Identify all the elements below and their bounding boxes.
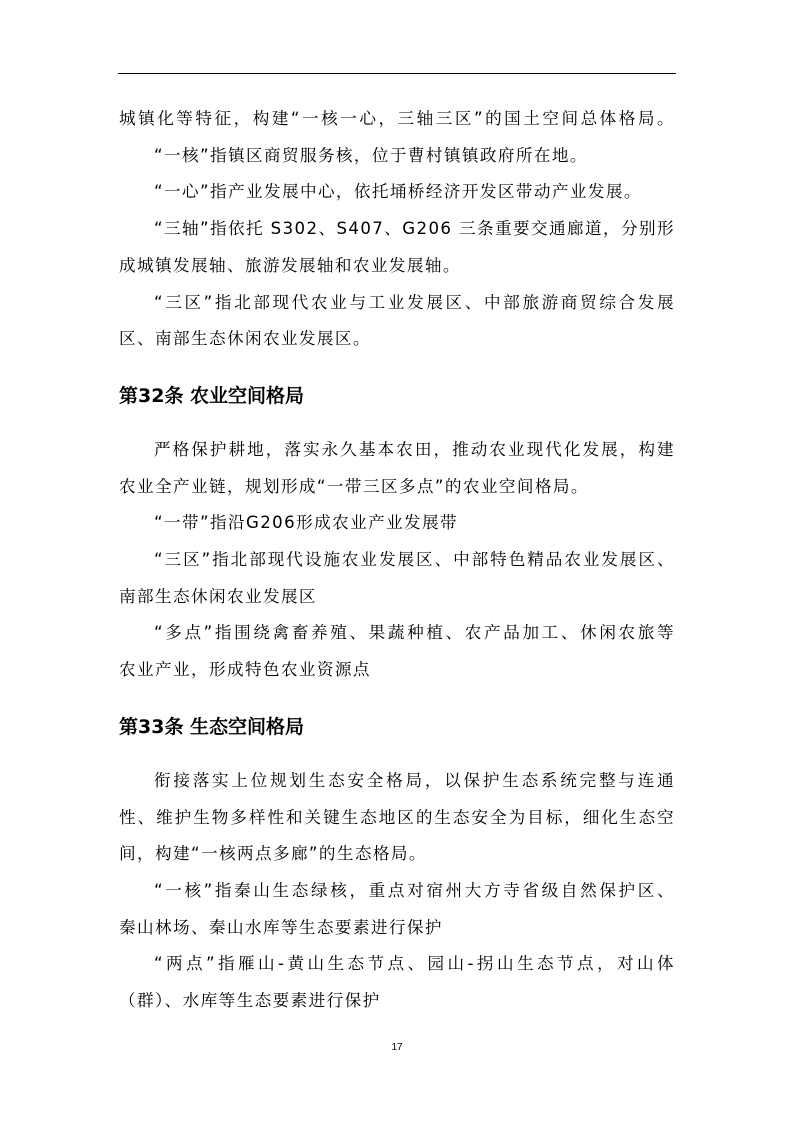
- paragraph-line: 区、南部生态休闲农业发展区。: [119, 321, 675, 358]
- paragraph-line: 间，构建“一核两点多廊”的生态格局。: [119, 836, 675, 873]
- article-33-body: 衔接落实上位规划生态安全格局，以保护生态系统完整与连通 性、维护生物多样性和关键…: [119, 763, 675, 1020]
- intro-section: 城镇化等特征，构建“一核一心，三轴三区”的国土空间总体格局。 “一核”指镇区商贸…: [119, 101, 675, 358]
- paragraph-line: （群）、水库等生态要素进行保护: [119, 983, 675, 1020]
- article-33-heading: 第33条 生态空间格局: [119, 707, 675, 747]
- paragraph-line: 城镇化等特征，构建“一核一心，三轴三区”的国土空间总体格局。: [119, 101, 675, 138]
- paragraph-line: “一核”指镇区商贸服务核，位于曹村镇镇政府所在地。: [119, 138, 675, 175]
- document-body: 城镇化等特征，构建“一核一心，三轴三区”的国土空间总体格局。 “一核”指镇区商贸…: [119, 101, 675, 1020]
- paragraph-line: “一心”指产业发展中心，依托埇桥经济开发区带动产业发展。: [119, 174, 675, 211]
- paragraph-line: “一带”指沿G206形成农业产业发展带: [119, 505, 675, 542]
- paragraph-line: 农业全产业链，规划形成“一带三区多点”的农业空间格局。: [119, 469, 675, 506]
- article-32-body: 严格保护耕地，落实永久基本农田，推动农业现代化发展，构建 农业全产业链，规划形成…: [119, 432, 675, 689]
- paragraph-line: 成城镇发展轴、旅游发展轴和农业发展轴。: [119, 248, 675, 285]
- paragraph-line: “一核”指秦山生态绿核，重点对宿州大方寺省级自然保护区、: [119, 873, 675, 910]
- paragraph-line: “三区”指北部现代设施农业发展区、中部特色精品农业发展区、: [119, 542, 675, 579]
- header-rule: [118, 73, 676, 74]
- article-32-heading: 第32条 农业空间格局: [119, 376, 675, 416]
- paragraph-line: “三轴”指依托 S302、S407、G206 三条重要交通廊道，分别形: [119, 211, 675, 248]
- page-number: 17: [0, 1042, 794, 1053]
- paragraph-line: 衔接落实上位规划生态安全格局，以保护生态系统完整与连通: [119, 763, 675, 800]
- paragraph-line: 秦山林场、秦山水库等生态要素进行保护: [119, 910, 675, 947]
- paragraph-line: 严格保护耕地，落实永久基本农田，推动农业现代化发展，构建: [119, 432, 675, 469]
- paragraph-line: 农业产业，形成特色农业资源点: [119, 652, 675, 689]
- paragraph-line: “三区”指北部现代农业与工业发展区、中部旅游商贸综合发展: [119, 285, 675, 322]
- paragraph-line: 性、维护生物多样性和关键生态地区的生态安全为目标，细化生态空: [119, 800, 675, 837]
- paragraph-line: 南部生态休闲农业发展区: [119, 579, 675, 616]
- paragraph-line: “多点”指围绕禽畜养殖、果蔬种植、农产品加工、休闲农旅等: [119, 615, 675, 652]
- paragraph-line: “两点”指雁山-黄山生态节点、园山-拐山生态节点，对山体: [119, 946, 675, 983]
